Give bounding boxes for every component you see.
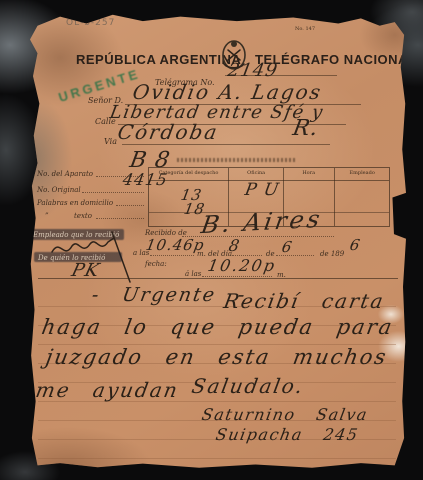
form-number: No. 147 <box>295 26 315 32</box>
fine-print-smudge <box>177 158 295 162</box>
telegram-paper: OL-3-257 No. 147 REPÚBLICA ARGENTINA TEL… <box>30 12 406 470</box>
via-extra-value: R. <box>291 116 321 141</box>
texto-label: texto <box>74 212 92 220</box>
sender-address: Suipacha 245 <box>214 425 360 444</box>
telegram-photo: OL-3-257 No. 147 REPÚBLICA ARGENTINA TEL… <box>0 0 423 480</box>
palabras-label: Palabras en domicilio <box>37 199 113 207</box>
message-line-4b: Saludalo. <box>190 374 306 398</box>
aparato-label: No. del Aparato <box>37 170 93 178</box>
telegrama-no-value: 2149 <box>226 60 280 81</box>
recibido-de-value: B. Aires <box>199 205 325 239</box>
routing-col-empleado: Empleado <box>335 170 389 176</box>
oficina-value: P U <box>243 180 281 200</box>
sender-signature: Saturnino Salva <box>200 405 369 424</box>
section-divider <box>38 278 398 279</box>
original-label: No. Original <box>37 186 81 194</box>
routing-col-categoria: Categoría del despacho <box>149 170 228 176</box>
de-189-label: de 189 <box>320 250 344 258</box>
mes-value: 6 <box>280 238 294 256</box>
message-line-1: Recibí carta <box>222 289 387 313</box>
message-line-4a: me ayudan <box>34 378 181 402</box>
pencil-archive-note: OL-3-257 <box>66 18 115 28</box>
routing-col-hora: Hora <box>284 170 333 176</box>
anio-value: 6 <box>348 236 362 254</box>
via-label: Via <box>104 137 117 146</box>
dia-value: 8 <box>227 236 242 255</box>
routing-col-oficina: Oficina <box>229 170 283 176</box>
ditto-mark: ” <box>45 212 49 220</box>
a-las2-value: 10.20p <box>206 256 277 275</box>
senor-value: Ovidio A. Lagos <box>131 80 324 104</box>
via-value: Córdoba <box>116 120 221 144</box>
a-las2-label: á las <box>185 270 201 278</box>
fecha-label: fecha: <box>145 260 167 268</box>
message-line-2: haga lo que pueda para <box>40 315 396 339</box>
message-line-3: juzgado en esta muchos <box>44 345 390 369</box>
